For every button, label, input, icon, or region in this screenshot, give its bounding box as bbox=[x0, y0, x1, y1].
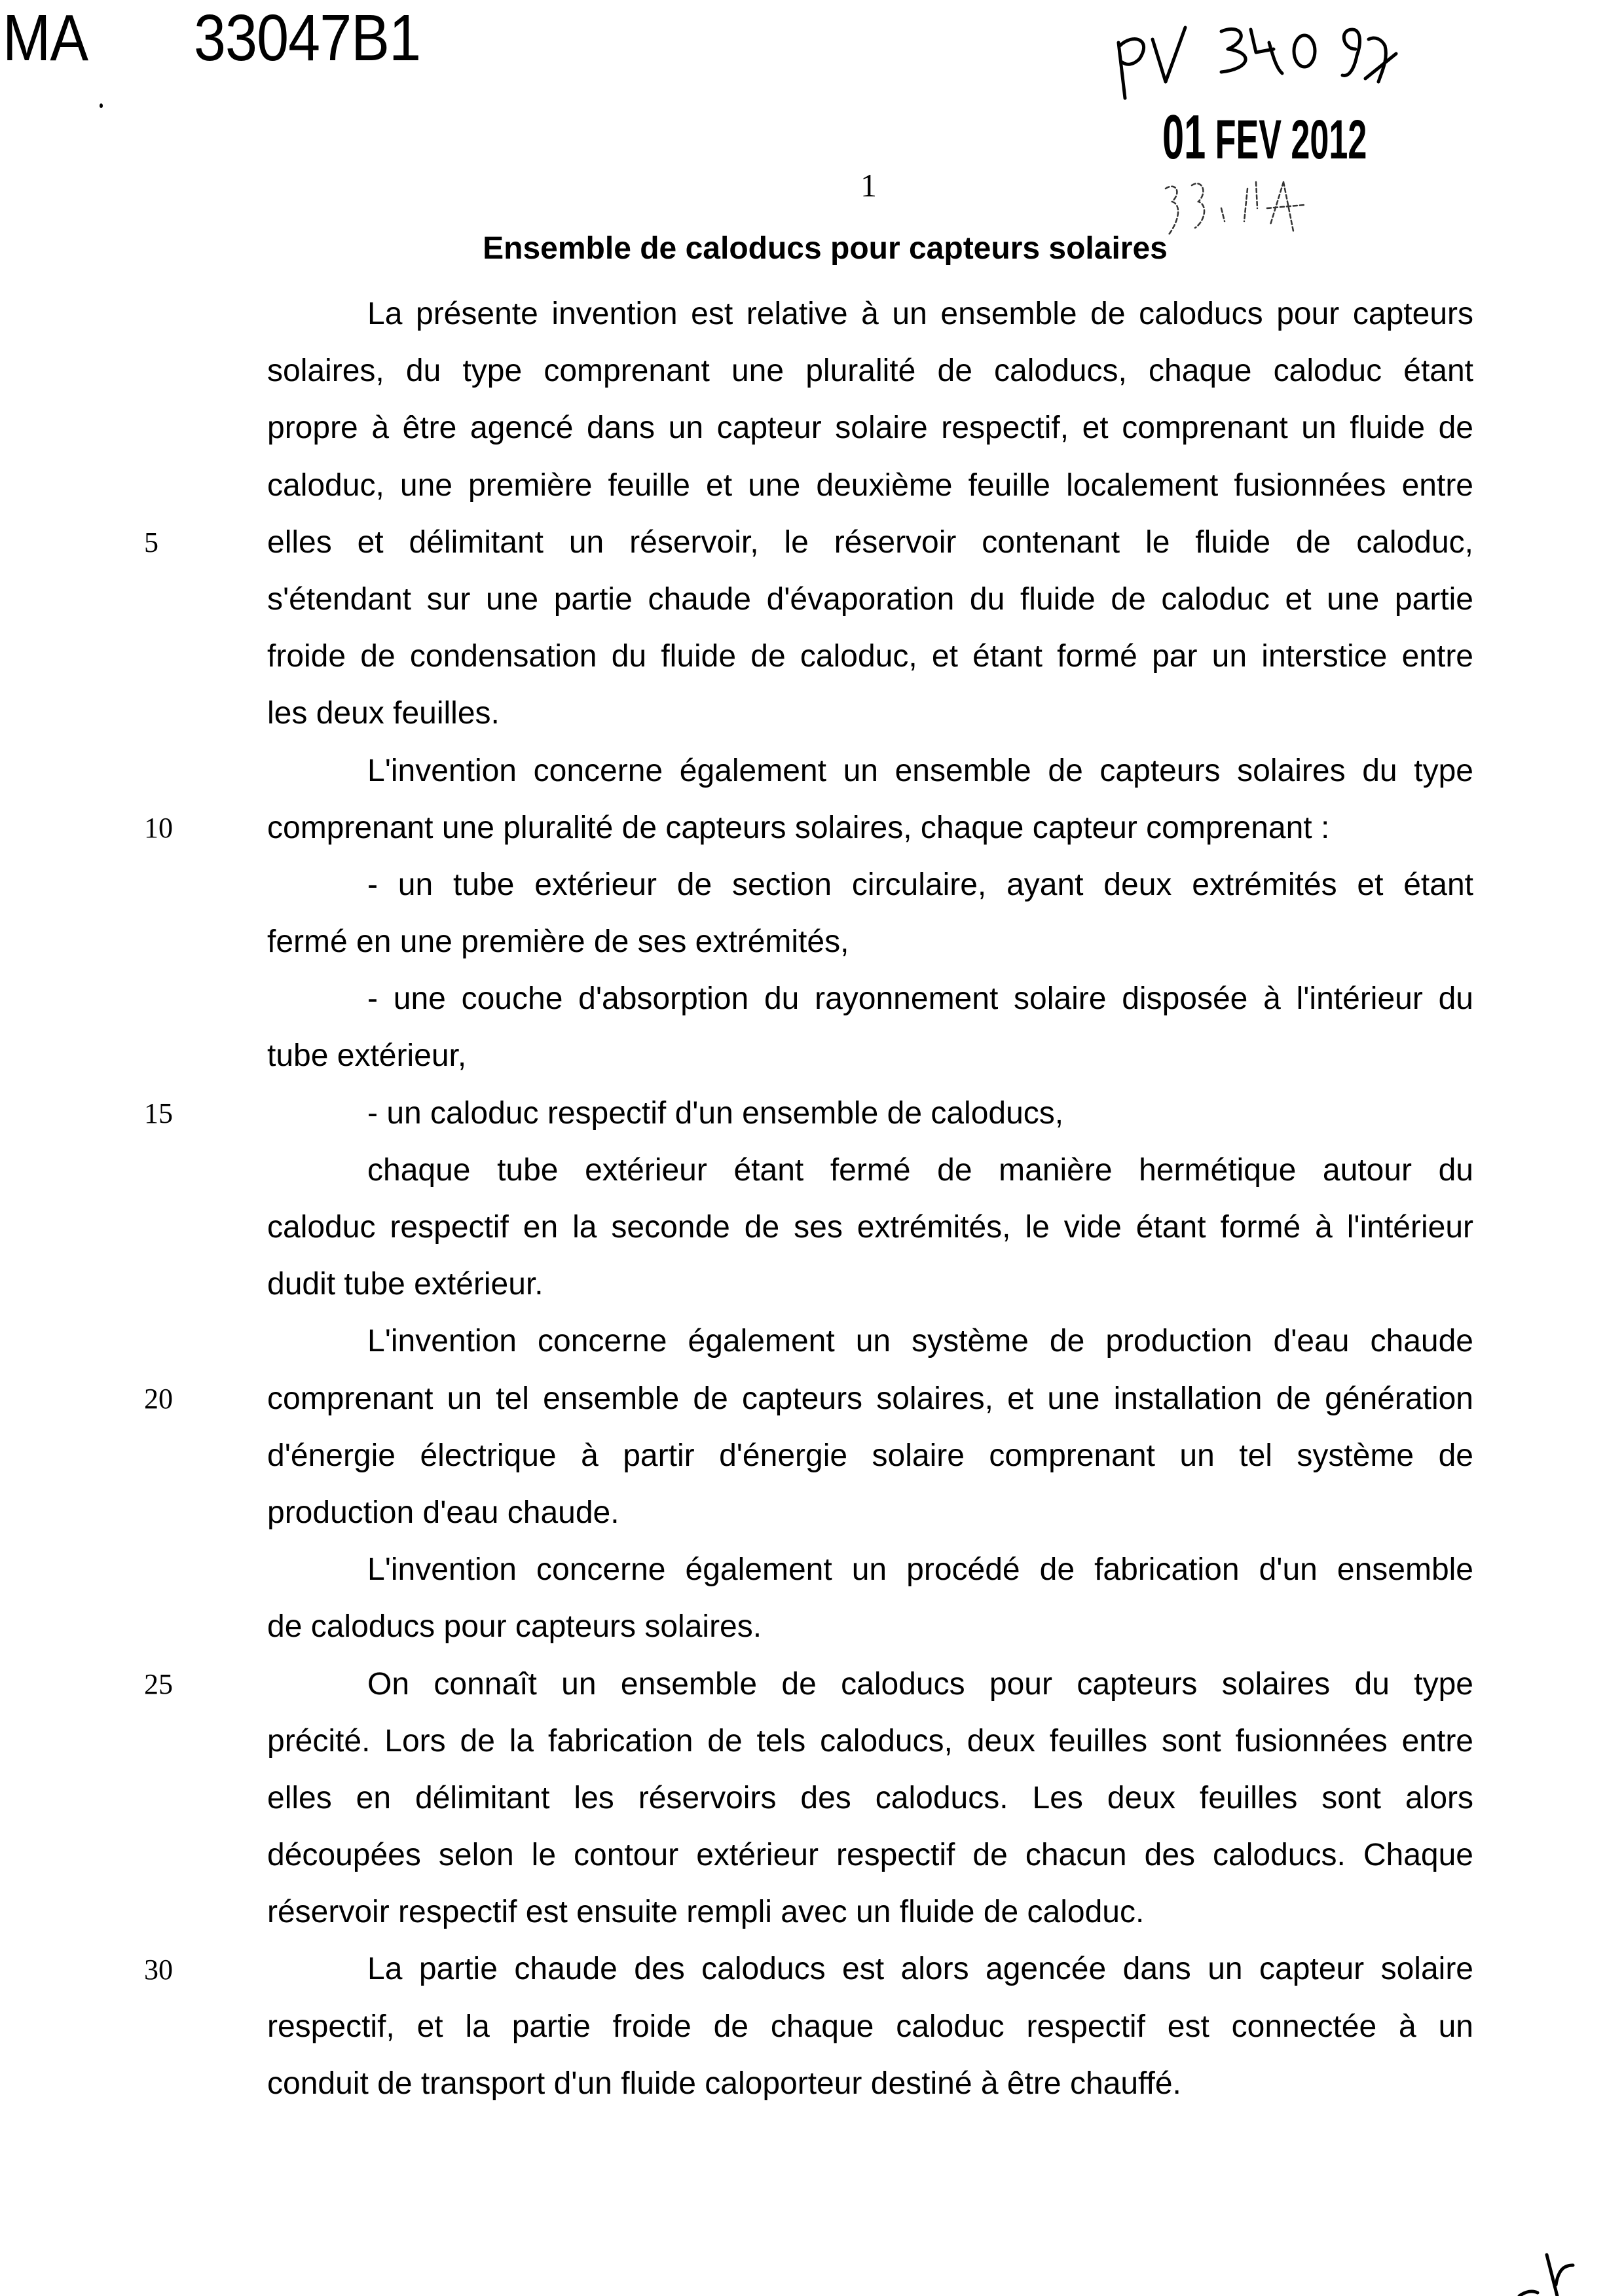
text-line: caloduc respectif en la seconde de ses e… bbox=[267, 1199, 1473, 1256]
text-line: dudit tube extérieur. bbox=[267, 1256, 1473, 1313]
handwritten-reference-icon: PV 34092 bbox=[1113, 20, 1519, 111]
text-line-content: L'invention concerne également un procéd… bbox=[367, 1541, 1473, 1598]
date-stamp-day: 01 bbox=[1162, 102, 1206, 172]
handwritten-initial-icon bbox=[1506, 2239, 1617, 2296]
text-line-content: L'invention concerne également un systèm… bbox=[367, 1313, 1473, 1370]
text-line: de caloducs pour capteurs solaires. bbox=[267, 1598, 1473, 1655]
text-line: - une couche d'absorption du rayonnement… bbox=[267, 970, 1473, 1027]
text-line: On connaît un ensemble de caloducs pour … bbox=[267, 1656, 1473, 1713]
text-line-content: caloduc respectif en la seconde de ses e… bbox=[267, 1199, 1473, 1256]
text-line: - un tube extérieur de section circulair… bbox=[267, 856, 1473, 913]
text-line: propre à être agencé dans un capteur sol… bbox=[267, 399, 1473, 456]
text-line: elles et délimitant un réservoir, le rés… bbox=[267, 514, 1473, 571]
text-line-content: froide de condensation du fluide de calo… bbox=[267, 628, 1473, 685]
text-line-content: découpées selon le contour extérieur res… bbox=[267, 1827, 1473, 1884]
text-line: elles en délimitant les réservoirs des c… bbox=[267, 1770, 1473, 1827]
line-number: 5 bbox=[144, 514, 190, 571]
document-body: La présente invention est relative à un … bbox=[267, 285, 1473, 2112]
text-line-content: - un tube extérieur de section circulair… bbox=[367, 856, 1473, 913]
text-line: L'invention concerne également un systèm… bbox=[267, 1313, 1473, 1370]
date-stamp-month-year: FEV 2012 bbox=[1215, 109, 1367, 170]
text-line-content: de caloducs pour capteurs solaires. bbox=[267, 1598, 1473, 1655]
text-line-content: - un caloduc respectif d'un ensemble de … bbox=[367, 1085, 1473, 1142]
text-line-content: elles en délimitant les réservoirs des c… bbox=[267, 1770, 1473, 1827]
text-line-content: chaque tube extérieur étant fermé de man… bbox=[367, 1142, 1473, 1199]
line-number: 30 bbox=[144, 1941, 190, 1998]
text-line: découpées selon le contour extérieur res… bbox=[267, 1827, 1473, 1884]
text-line: fermé en une première de ses extrémités, bbox=[267, 913, 1473, 970]
text-line: L'invention concerne également un procéd… bbox=[267, 1541, 1473, 1598]
line-number: 25 bbox=[144, 1656, 190, 1713]
text-line-content: propre à être agencé dans un capteur sol… bbox=[267, 399, 1473, 456]
text-line-content: s'étendant sur une partie chaude d'évapo… bbox=[267, 571, 1473, 628]
text-line: comprenant un tel ensemble de capteurs s… bbox=[267, 1370, 1473, 1427]
text-line: froide de condensation du fluide de calo… bbox=[267, 628, 1473, 685]
text-line: - un caloduc respectif d'un ensemble de … bbox=[267, 1085, 1473, 1142]
text-line-content: précité. Lors de la fabrication de tels … bbox=[267, 1713, 1473, 1770]
text-line-content: solaires, du type comprenant une plurali… bbox=[267, 342, 1473, 399]
text-line-content: La présente invention est relative à un … bbox=[367, 285, 1473, 342]
text-line-content: comprenant un tel ensemble de capteurs s… bbox=[267, 1370, 1473, 1427]
document-title: Ensemble de caloducs pour capteurs solai… bbox=[0, 229, 1624, 268]
text-line-content: dudit tube extérieur. bbox=[267, 1256, 1473, 1313]
text-line: conduit de transport d'un fluide calopor… bbox=[267, 2055, 1473, 2112]
text-line: précité. Lors de la fabrication de tels … bbox=[267, 1713, 1473, 1770]
date-stamp: 01 FEV 2012 bbox=[1162, 110, 1367, 167]
patent-page: MA 33047B1 PV 34092 01 FEV 2012 1 Ensemb… bbox=[0, 0, 1624, 2296]
page-number: 1 bbox=[860, 169, 877, 202]
text-line: les deux feuilles. bbox=[267, 685, 1473, 742]
country-code: MA bbox=[3, 5, 88, 71]
text-line: La partie chaude des caloducs est alors … bbox=[267, 1941, 1473, 1997]
text-line-content: La partie chaude des caloducs est alors … bbox=[367, 1941, 1473, 1997]
text-line-content: comprenant une pluralité de capteurs sol… bbox=[267, 799, 1473, 856]
text-line-content: respectif, et la partie froide de chaque… bbox=[267, 1998, 1473, 2055]
line-number: 10 bbox=[144, 799, 190, 856]
text-line-content: fermé en une première de ses extrémités, bbox=[267, 913, 1473, 970]
text-line: caloduc, une première feuille et une deu… bbox=[267, 457, 1473, 514]
publication-number: 33047B1 bbox=[194, 5, 420, 71]
text-line: chaque tube extérieur étant fermé de man… bbox=[267, 1142, 1473, 1199]
text-line: s'étendant sur une partie chaude d'évapo… bbox=[267, 571, 1473, 628]
text-line: comprenant une pluralité de capteurs sol… bbox=[267, 799, 1473, 856]
text-line-content: On connaît un ensemble de caloducs pour … bbox=[367, 1656, 1473, 1713]
text-line: d'énergie électrique à partir d'énergie … bbox=[267, 1427, 1473, 1484]
text-line-content: elles et délimitant un réservoir, le rés… bbox=[267, 514, 1473, 571]
text-line: tube extérieur, bbox=[267, 1027, 1473, 1084]
text-line: solaires, du type comprenant une plurali… bbox=[267, 342, 1473, 399]
text-line: L'invention concerne également un ensemb… bbox=[267, 742, 1473, 799]
text-line-content: tube extérieur, bbox=[267, 1027, 1473, 1084]
text-line-content: L'invention concerne également un ensemb… bbox=[367, 742, 1473, 799]
text-line-content: production d'eau chaude. bbox=[267, 1484, 1473, 1541]
text-line: production d'eau chaude. bbox=[267, 1484, 1473, 1541]
text-line-content: conduit de transport d'un fluide calopor… bbox=[267, 2055, 1473, 2112]
text-line-content: réservoir respectif est ensuite rempli a… bbox=[267, 1884, 1473, 1941]
scan-speck bbox=[100, 103, 103, 108]
text-line-content: d'énergie électrique à partir d'énergie … bbox=[267, 1427, 1473, 1484]
text-line: réservoir respectif est ensuite rempli a… bbox=[267, 1884, 1473, 1941]
text-line-content: - une couche d'absorption du rayonnement… bbox=[367, 970, 1473, 1027]
text-line: La présente invention est relative à un … bbox=[267, 285, 1473, 342]
text-line-content: caloduc, une première feuille et une deu… bbox=[267, 457, 1473, 514]
line-number: 15 bbox=[144, 1085, 190, 1142]
text-line: respectif, et la partie froide de chaque… bbox=[267, 1998, 1473, 2055]
text-line-content: les deux feuilles. bbox=[267, 685, 1473, 742]
line-number: 20 bbox=[144, 1370, 190, 1427]
